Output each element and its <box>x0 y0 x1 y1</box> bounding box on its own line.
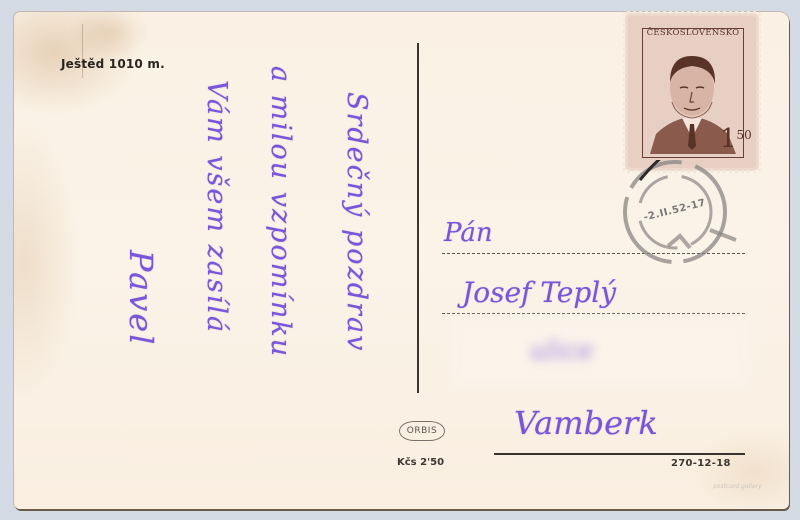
greeting-line: Vám všem zasílá <box>201 80 232 334</box>
postmark-icon <box>610 160 750 280</box>
price-label: Kčs 2'50 <box>397 457 444 468</box>
greeting-line: Srdečný pozdrav <box>341 92 372 352</box>
address-street-redacted: ulice <box>530 336 593 366</box>
publisher-logo: ORBIS <box>399 421 445 441</box>
postage-stamp: ČESKOSLOVENSKO 150 <box>628 16 756 168</box>
stamp-country: ČESKOSLOVENSKO <box>642 28 744 38</box>
greeting-line: a milou vzpomínku <box>265 66 296 358</box>
address-line <box>442 313 745 314</box>
redaction-blur <box>450 318 750 388</box>
stamp-value: 150 <box>720 126 752 152</box>
address-city: Vamberk <box>514 404 658 442</box>
center-divider <box>417 43 419 393</box>
greeting-signature: Pavel <box>122 250 160 346</box>
address-name: Josef Teplý <box>462 276 616 309</box>
catalog-number: 270-12-18 <box>671 458 731 469</box>
place-title: Ještěd 1010 m. <box>61 57 165 71</box>
watermark: postcard.gallery <box>713 483 762 490</box>
address-line <box>494 453 745 455</box>
address-salutation: Pán <box>444 218 493 248</box>
